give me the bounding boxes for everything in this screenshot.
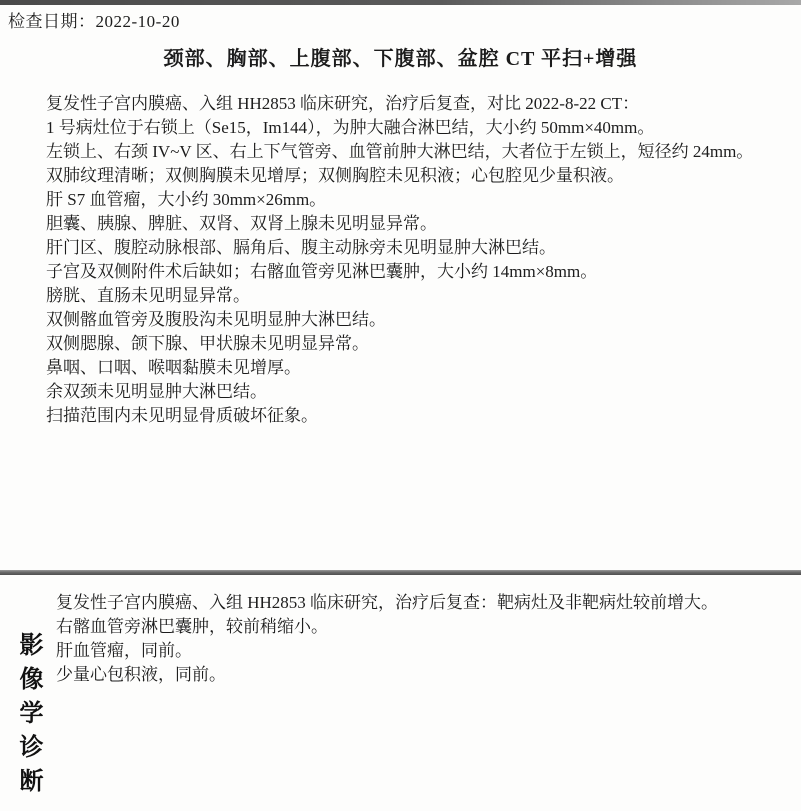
diagnosis-line: 肝血管瘤，同前。	[56, 639, 793, 663]
finding-line: 肝 S7 血管瘤，大小约 30mm×26mm。	[46, 188, 793, 212]
finding-line: 肝门区、腹腔动脉根部、膈角后、腹主动脉旁未见明显肿大淋巴结。	[46, 236, 793, 260]
finding-line: 左锁上、右颈 IV~V 区、右上下气管旁、血管前肿大淋巴结，大者位于左锁上，短径…	[46, 140, 793, 164]
finding-line: 双肺纹理清晰；双侧胸膜未见增厚；双侧胸腔未见积液；心包腔见少量积液。	[46, 164, 793, 188]
top-border-line	[0, 0, 801, 5]
finding-line: 双侧髂血管旁及腹股沟未见明显肿大淋巴结。	[46, 308, 793, 332]
diagnosis-section: 复发性子宫内膜癌、入组 HH2853 临床研究，治疗后复查：靶病灶及非靶病灶较前…	[56, 591, 793, 687]
ct-report-page: 检查日期：2022-10-20 颈部、胸部、上腹部、下腹部、盆腔 CT 平扫+增…	[0, 0, 801, 811]
section-divider	[0, 570, 801, 575]
finding-line: 复发性子宫内膜癌、入组 HH2853 临床研究，治疗后复查，对比 2022-8-…	[46, 92, 793, 116]
exam-date: 检查日期：2022-10-20	[8, 7, 180, 32]
finding-line: 膀胱、直肠未见明显异常。	[46, 284, 793, 308]
finding-line: 1 号病灶位于右锁上（Se15，Im144），为肿大融合淋巴结，大小约 50mm…	[46, 116, 793, 140]
finding-line: 扫描范围内未见明显骨质破坏征象。	[46, 404, 793, 428]
diagnosis-line: 复发性子宫内膜癌、入组 HH2853 临床研究，治疗后复查：靶病灶及非靶病灶较前…	[56, 591, 793, 615]
report-title: 颈部、胸部、上腹部、下腹部、盆腔 CT 平扫+增强	[0, 42, 801, 71]
exam-date-value: 2022-10-20	[96, 12, 180, 31]
diagnosis-section-label: 影像学诊断	[11, 632, 46, 802]
finding-line: 鼻咽、口咽、喉咽黏膜未见增厚。	[46, 356, 793, 380]
finding-line: 余双颈未见明显肿大淋巴结。	[46, 380, 793, 404]
finding-line: 双侧腮腺、颌下腺、甲状腺未见明显异常。	[46, 332, 793, 356]
diagnosis-line: 少量心包积液，同前。	[56, 663, 793, 687]
exam-date-label: 检查日期：	[8, 12, 96, 31]
finding-line: 胆囊、胰腺、脾脏、双肾、双肾上腺未见明显异常。	[46, 212, 793, 236]
findings-section: 复发性子宫内膜癌、入组 HH2853 临床研究，治疗后复查，对比 2022-8-…	[46, 92, 793, 428]
diagnosis-line: 右髂血管旁淋巴囊肿，较前稍缩小。	[56, 615, 793, 639]
finding-line: 子宫及双侧附件术后缺如；右髂血管旁见淋巴囊肿，大小约 14mm×8mm。	[46, 260, 793, 284]
